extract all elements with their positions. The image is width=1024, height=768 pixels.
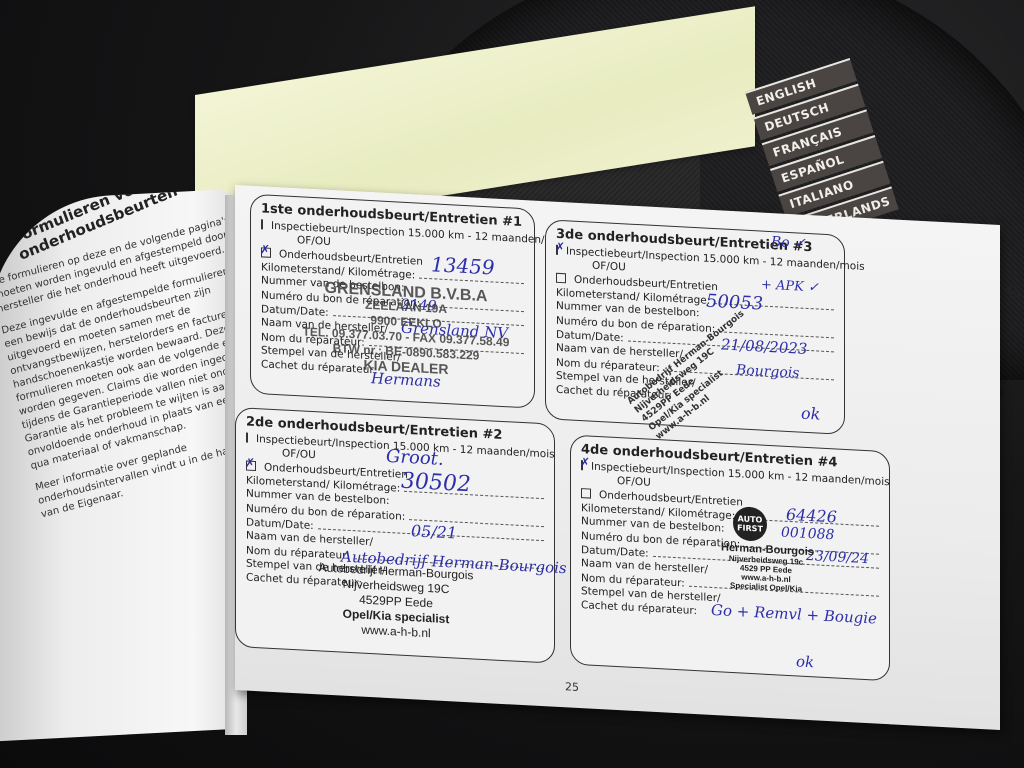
inspection-checkbox[interactable]: [556, 245, 558, 255]
handwritten-note: Groot.: [386, 446, 444, 470]
dealer-stamp: GRENSLAND B.V.B.A ZEELAAN 19A 9900 EEKLO…: [291, 279, 521, 381]
handwritten-note-apk: + APK ✓: [761, 278, 819, 296]
handwritten-ok: ok: [796, 652, 814, 671]
handwritten-mileage: 64426: [786, 505, 837, 527]
handwritten-note: Bo ✓: [771, 234, 806, 252]
side-title: Formulieren voor geplande onderhoudsbeur…: [983, 277, 1024, 700]
service-checkbox[interactable]: [581, 488, 591, 499]
service-form-1: 1ste onderhoudsbeurt/Entretien #1 Inspec…: [250, 194, 535, 409]
page-number: 25: [565, 680, 579, 694]
handwritten-mileage: 50053: [706, 291, 763, 315]
or-label: OF/OU: [617, 475, 651, 489]
service-form-3: 3de onderhoudsbeurt/Entretien #3 Inspect…: [545, 219, 845, 435]
service-form-2: 2de onderhoudsbeurt/Entretien #2 Inspect…: [235, 407, 555, 664]
inspection-checkbox[interactable]: [246, 433, 248, 443]
or-label: OF/OU: [297, 234, 331, 248]
service-form-4: 4de onderhoudsbeurt/Entretien #4 Inspect…: [570, 435, 890, 682]
service-checkbox[interactable]: [261, 247, 271, 258]
or-label: OF/OU: [592, 260, 626, 274]
garage-stamp: Autobedrijf Herman-Bourgois Nijverheidsw…: [286, 559, 506, 646]
garage-stamp: Herman-Bourgois Nijverheidsweg 19c 4529 …: [721, 541, 811, 594]
maintenance-booklet: Formulieren voor geplande onderhoudsbeur…: [0, 175, 1010, 735]
handwritten-date: 05/21: [411, 521, 457, 542]
handwritten-order: 001088: [781, 525, 834, 544]
side-title-line: inspecties: [983, 287, 1024, 700]
handwritten-mileage: 13459: [431, 252, 495, 279]
left-page: Formulieren voor geplande onderhoudsbeur…: [0, 188, 245, 741]
service-checkbox[interactable]: [246, 461, 256, 472]
handwritten-date: 23/09/24: [806, 548, 869, 567]
inspection-checkbox[interactable]: [261, 219, 263, 229]
handwritten-mileage: 30502: [401, 469, 471, 498]
inspection-checkbox[interactable]: [581, 460, 583, 470]
or-label: OF/OU: [282, 447, 316, 461]
handwritten-ok: ok: [801, 404, 820, 424]
right-page: 1ste onderhoudsbeurt/Entretien #1 Inspec…: [235, 185, 1000, 730]
service-checkbox[interactable]: [556, 273, 566, 284]
